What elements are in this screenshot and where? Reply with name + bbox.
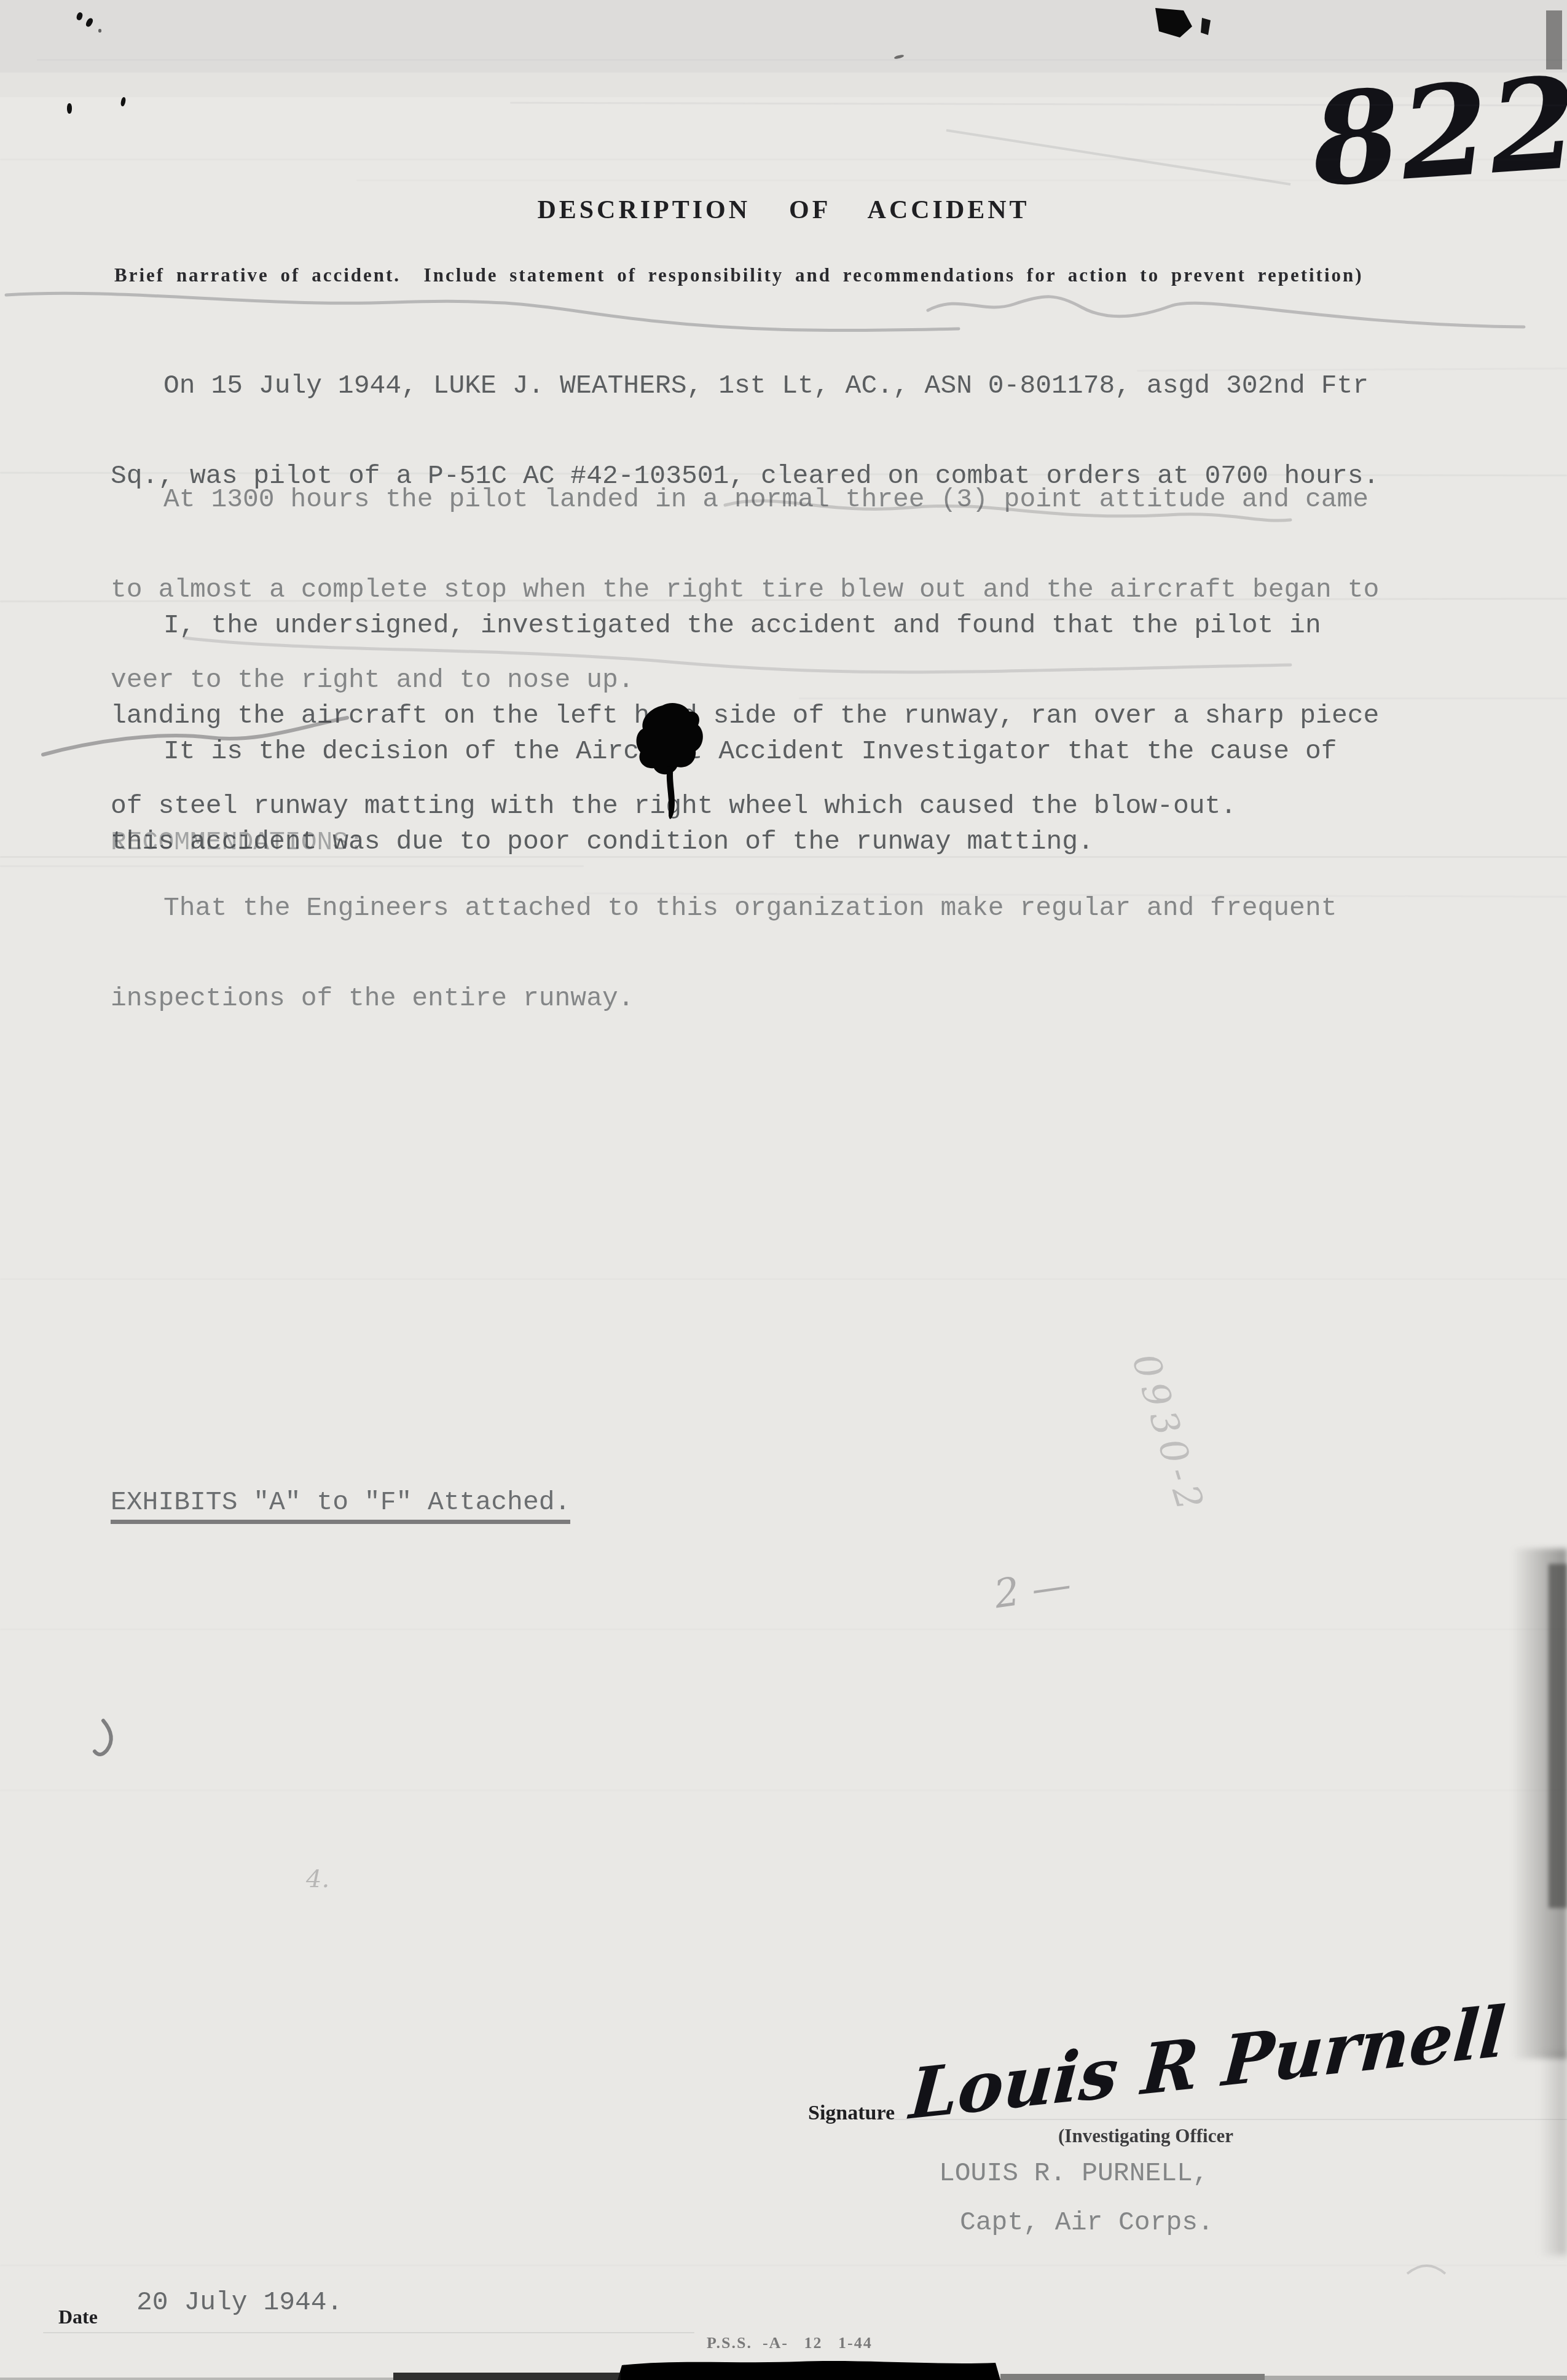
typed-officer-name: LOUIS R. PURNELL, bbox=[939, 2158, 1209, 2188]
typed-officer-rank: Capt, Air Corps. bbox=[960, 2207, 1214, 2237]
crease-line bbox=[0, 2264, 1567, 2266]
ink-speck bbox=[67, 103, 72, 114]
ink-speck bbox=[98, 29, 101, 33]
paragraph-line: That the Engineers attached to this orga… bbox=[111, 893, 1337, 923]
date-label: Date bbox=[58, 2306, 98, 2328]
paragraph-line: At 1300 hours the pilot landed in a norm… bbox=[111, 484, 1379, 514]
signature-label: Signature bbox=[808, 2102, 895, 2125]
crease-line bbox=[0, 1278, 1567, 1280]
paragraph-5: That the Engineers attached to this orga… bbox=[111, 833, 1337, 1074]
crease-line bbox=[0, 1628, 1567, 1630]
ink-speck bbox=[85, 17, 94, 28]
ink-speck bbox=[120, 96, 127, 106]
signature-underline bbox=[891, 2119, 1567, 2120]
date-value: 20 July 1944. bbox=[136, 2287, 342, 2317]
crease-line bbox=[0, 1789, 1567, 1791]
scan-edge-shadow-lower bbox=[1539, 2052, 1567, 2255]
handwritten-signature: Louis R Purnell bbox=[907, 1991, 1508, 2135]
page-title: DESCRIPTION OF ACCIDENT bbox=[0, 195, 1567, 225]
ink-speck bbox=[76, 12, 84, 21]
crease-line bbox=[37, 59, 1567, 61]
paragraph-line: I, the undersigned, investigated the acc… bbox=[111, 610, 1379, 640]
paragraph-line: On 15 July 1944, LUKE J. WEATHERS, 1st L… bbox=[111, 371, 1379, 401]
faint-page-2-mark: 2 — bbox=[991, 1562, 1074, 1618]
date-underline bbox=[43, 2332, 694, 2333]
scan-bottom-edge bbox=[0, 2355, 1567, 2380]
scan-edge-shadow bbox=[1512, 1549, 1567, 2059]
faint-pencil-4-mark: 4. bbox=[306, 1865, 329, 1893]
faint-vertical-pencil-mark: 0930-2 bbox=[1123, 1349, 1213, 1521]
paragraph-line: It is the decision of the Aircraft Accid… bbox=[111, 736, 1337, 766]
scanned-accident-report-page: 822 DESCRIPTION OF ACCIDENT Brief narrat… bbox=[0, 0, 1567, 2380]
paragraph-line: inspections of the entire runway. bbox=[111, 983, 1337, 1013]
crease-line bbox=[0, 865, 584, 867]
crease-line bbox=[0, 856, 1567, 858]
page-subtitle: Brief narrative of accident. Include sta… bbox=[114, 264, 1364, 286]
paper-tone-band bbox=[0, 0, 1567, 73]
form-code: P.S.S. -A- 12 1-44 bbox=[707, 2334, 873, 2352]
scan-edge-shadow-dark bbox=[1549, 1564, 1567, 1908]
handwritten-page-number: 822 bbox=[1307, 49, 1567, 215]
crease-line bbox=[356, 179, 1567, 181]
exhibits-line: EXHIBITS "A" to "F" Attached. bbox=[111, 1487, 570, 1524]
crease-line bbox=[799, 697, 1567, 699]
crease-line bbox=[0, 159, 1567, 160]
investigating-officer-caption: (Investigating Officer bbox=[1058, 2125, 1233, 2147]
